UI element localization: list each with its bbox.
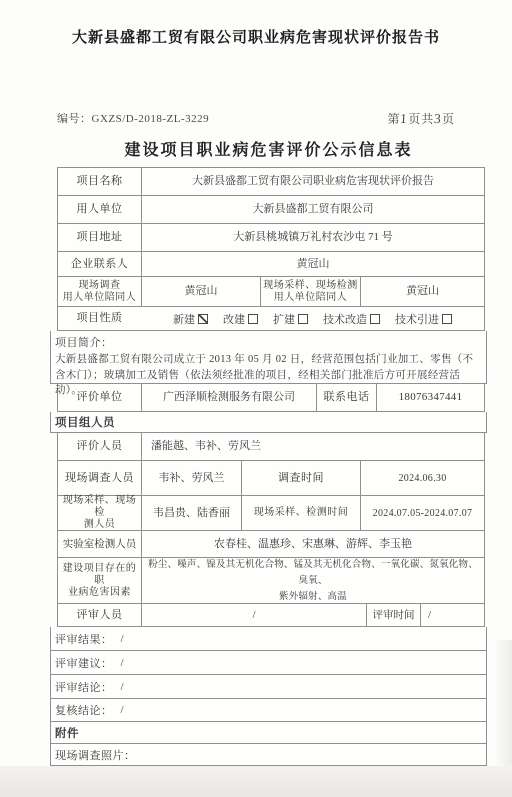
page-prefix: 第	[387, 112, 400, 126]
lab-staff-label: 实验室检测人员	[58, 531, 141, 557]
sampling-time-value: 2024.07.05-2024.07.07	[360, 496, 484, 530]
page-suffix: 页	[442, 112, 455, 126]
evaluation-org-value: 广西泽顺检测服务有限公司	[141, 384, 316, 411]
page-indicator: 第1页共3页	[387, 110, 455, 127]
project-address-value: 大新县桃城镇万礼村农沙屯 71 号	[141, 224, 484, 251]
employer-label: 用人单位	[58, 196, 141, 223]
sampling-escort-value: 黄冠山	[360, 277, 484, 306]
sampling-time-label: 现场采样、检测时间	[241, 496, 360, 530]
row-company-contact: 企业联系人 黄冠山	[57, 252, 485, 277]
project-type-options: 新建 改建 扩建 技术改造 技术引进	[141, 307, 484, 330]
checkbox-tech-renovation-icon	[370, 314, 380, 324]
review-suggestion-label: 评审建议：	[55, 655, 113, 671]
option-tech-import-label: 技术引进	[395, 314, 439, 326]
review-time-value: /	[420, 604, 484, 626]
scanned-document-page: { "header": { "doc_title": "大新县盛都工贸有限公司职…	[0, 0, 512, 797]
project-name-label: 项目名称	[58, 168, 141, 195]
option-tech-renovation: 技术改造	[323, 311, 380, 327]
row-project-name: 项目名称 大新县盛都工贸有限公司职业病危害现状评价报告	[57, 167, 485, 196]
survey-staff-value: 韦补、劳风兰	[141, 461, 241, 495]
recheck-conclusion-value: /	[121, 704, 125, 716]
row-recheck-conclusion: 复核结论： /	[50, 699, 487, 722]
project-intro-label: 项目简介：	[55, 334, 481, 350]
section-project-team: 项目组人员	[50, 412, 487, 433]
project-type-label: 项目性质	[58, 307, 141, 330]
recheck-conclusion-label: 复核结论：	[55, 702, 113, 718]
option-expansion: 扩建	[273, 311, 308, 327]
option-tech-renovation-label: 技术改造	[323, 314, 367, 326]
row-reviewers: 评审人员 / 评审时间 /	[57, 604, 485, 627]
page-middle: 页共	[408, 112, 434, 126]
document-number: 编号：GXZS/D-2018-ZL-3229	[57, 110, 209, 126]
row-evaluation-org: 评价单位 广西泽顺检测服务有限公司 联系电话 18076347441	[57, 384, 485, 412]
option-rebuild-label: 改建	[223, 314, 245, 326]
lab-staff-value: 农春桂、温惠珍、宋惠琳、游辉、李玉艳	[141, 531, 484, 557]
option-rebuild: 改建	[223, 311, 258, 327]
review-time-label: 评审时间	[366, 604, 420, 626]
company-contact-label: 企业联系人	[58, 252, 141, 276]
sampling-staff-label: 现场采样、现场检 测人员	[58, 496, 141, 530]
sampling-staff-value: 韦昌贵、陆香丽	[141, 496, 241, 530]
site-photos-label: 现场调查照片：	[55, 747, 136, 763]
review-suggestion-value: /	[121, 657, 125, 669]
row-survey-staff: 现场调查人员 韦补、劳风兰 调查时间 2024.06.30	[57, 461, 485, 496]
scan-bottom-edge	[0, 766, 512, 797]
eval-staff-value: 潘能越、韦补、劳风兰	[141, 433, 484, 460]
option-new-construction-label: 新建	[173, 314, 195, 326]
checkbox-expansion-icon	[298, 314, 308, 324]
document-number-label: 编号：	[57, 113, 92, 125]
sampling-escort-label: 现场采样、现场检测 用人单位陪同人	[260, 277, 360, 306]
review-result-label: 评审结果：	[55, 631, 113, 647]
document-meta-row: 编号：GXZS/D-2018-ZL-3229 第1页共3页	[57, 110, 455, 126]
document-title: 大新县盛都工贸有限公司职业病危害现状评价报告书	[0, 26, 512, 47]
checkbox-new-construction-icon	[198, 314, 208, 324]
row-lab-staff: 实验室检测人员 农春桂、温惠珍、宋惠琳、游辉、李玉艳	[57, 531, 485, 558]
option-tech-import: 技术引进	[395, 311, 452, 327]
checkbox-rebuild-icon	[248, 314, 258, 324]
phone-label: 联系电话	[316, 384, 376, 411]
row-review-result: 评审结果： /	[50, 627, 487, 651]
option-new-construction: 新建	[173, 311, 208, 327]
form-title: 建设项目职业病危害评价公示信息表	[50, 137, 487, 160]
employer-value: 大新县盛都工贸有限公司	[141, 196, 484, 223]
checkbox-tech-import-icon	[442, 314, 452, 324]
hazard-factors-value: 粉尘、噪声、镍及其无机化合物、锰及其无机化合物、一氧化碳、氮氧化物、臭氧、 紫外…	[141, 558, 484, 603]
row-project-address: 项目地址 大新县桃城镇万礼村农沙屯 71 号	[57, 224, 485, 252]
row-employer: 用人单位 大新县盛都工贸有限公司	[57, 196, 485, 224]
hazard-factors-label: 建设项目存在的职 业病危害因素	[58, 558, 141, 603]
survey-time-value: 2024.06.30	[360, 461, 484, 495]
reviewers-value: /	[141, 604, 366, 626]
option-expansion-label: 扩建	[273, 314, 295, 326]
survey-time-label: 调查时间	[241, 461, 360, 495]
evaluation-org-label: 评价单位	[58, 384, 141, 411]
review-conclusion-value: /	[121, 681, 125, 693]
project-address-label: 项目地址	[58, 224, 141, 251]
row-eval-staff: 评价人员 潘能越、韦补、劳风兰	[57, 433, 485, 461]
company-contact-value: 黄冠山	[141, 252, 484, 276]
form-table: 项目名称 大新县盛都工贸有限公司职业病危害现状评价报告 用人单位 大新县盛都工贸…	[50, 167, 487, 766]
row-hazard-factors: 建设项目存在的职 业病危害因素 粉尘、噪声、镍及其无机化合物、锰及其无机化合物、…	[57, 558, 485, 604]
row-project-type: 项目性质 新建 改建 扩建 技术改造 技术引进	[57, 307, 485, 331]
review-result-value: /	[121, 633, 125, 645]
row-site-photos: 现场调查照片：	[50, 744, 487, 766]
document-number-value: GXZS/D-2018-ZL-3229	[92, 113, 210, 125]
survey-escort-value: 黄冠山	[141, 277, 260, 306]
row-review-suggestion: 评审建议： /	[50, 651, 487, 675]
page-total: 3	[434, 111, 443, 127]
reviewers-label: 评审人员	[58, 604, 141, 626]
eval-staff-label: 评价人员	[58, 433, 141, 460]
row-project-intro: 项目简介： 大新县盛都工贸有限公司成立于 2013 年 05 月 02 日，经营…	[50, 331, 487, 384]
row-review-conclusion: 评审结论： /	[50, 675, 487, 699]
survey-escort-label: 现场调查 用人单位陪同人	[58, 277, 141, 306]
project-name-value: 大新县盛都工贸有限公司职业病危害现状评价报告	[141, 168, 484, 195]
row-site-escorts: 现场调查 用人单位陪同人 黄冠山 现场采样、现场检测 用人单位陪同人 黄冠山	[57, 277, 485, 307]
phone-value: 18076347441	[376, 384, 484, 411]
review-conclusion-label: 评审结论：	[55, 679, 113, 695]
section-attachment: 附件	[50, 722, 487, 744]
survey-staff-label: 现场调查人员	[58, 461, 141, 495]
row-sampling-staff: 现场采样、现场检 测人员 韦昌贵、陆香丽 现场采样、检测时间 2024.07.0…	[57, 496, 485, 531]
